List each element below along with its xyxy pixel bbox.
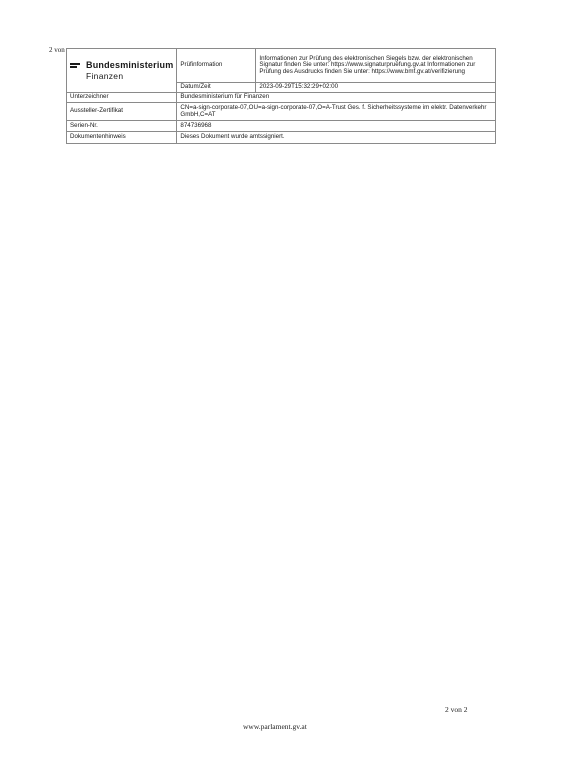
logo-line1: Bundesministerium [86, 60, 173, 71]
pruefinformation-value: Informationen zur Prüfung des elektronis… [256, 49, 496, 83]
datum-zeit-value: 2023-09-29T15:32:29+02:00 [256, 83, 496, 93]
bmf-logo: Bundesministerium Finanzen [70, 60, 173, 82]
unterzeichner-value: Bundesministerium für Finanzen [177, 93, 496, 103]
logo-line2: Finanzen [86, 71, 173, 82]
serien-nr-value: 874736968 [177, 121, 496, 132]
aussteller-zertifikat-label: Aussteller-Zertifikat [67, 103, 177, 121]
bmf-logo-icon [70, 63, 80, 70]
unterzeichner-label: Unterzeichner [67, 93, 177, 103]
page-reference: 2 von [49, 46, 65, 54]
aussteller-zertifikat-value: CN=a-sign-corporate-07,OU=a-sign-corpora… [177, 103, 496, 121]
datum-zeit-label: Datum/Zeit [177, 83, 256, 93]
pruefinformation-label: Prüfinformation [177, 49, 256, 83]
signature-block-table: Bundesministerium Finanzen Prüfinformati… [66, 48, 496, 144]
serien-nr-label: Serien-Nr. [67, 121, 177, 132]
logo-cell: Bundesministerium Finanzen [67, 49, 177, 93]
page-number: 2 von 2 [445, 705, 468, 714]
dokumentenhinweis-value: Dieses Dokument wurde amtssigniert. [177, 132, 496, 144]
dokumentenhinweis-label: Dokumentenhinweis [67, 132, 177, 144]
footer-url[interactable]: www.parlament.gv.at [243, 722, 307, 731]
